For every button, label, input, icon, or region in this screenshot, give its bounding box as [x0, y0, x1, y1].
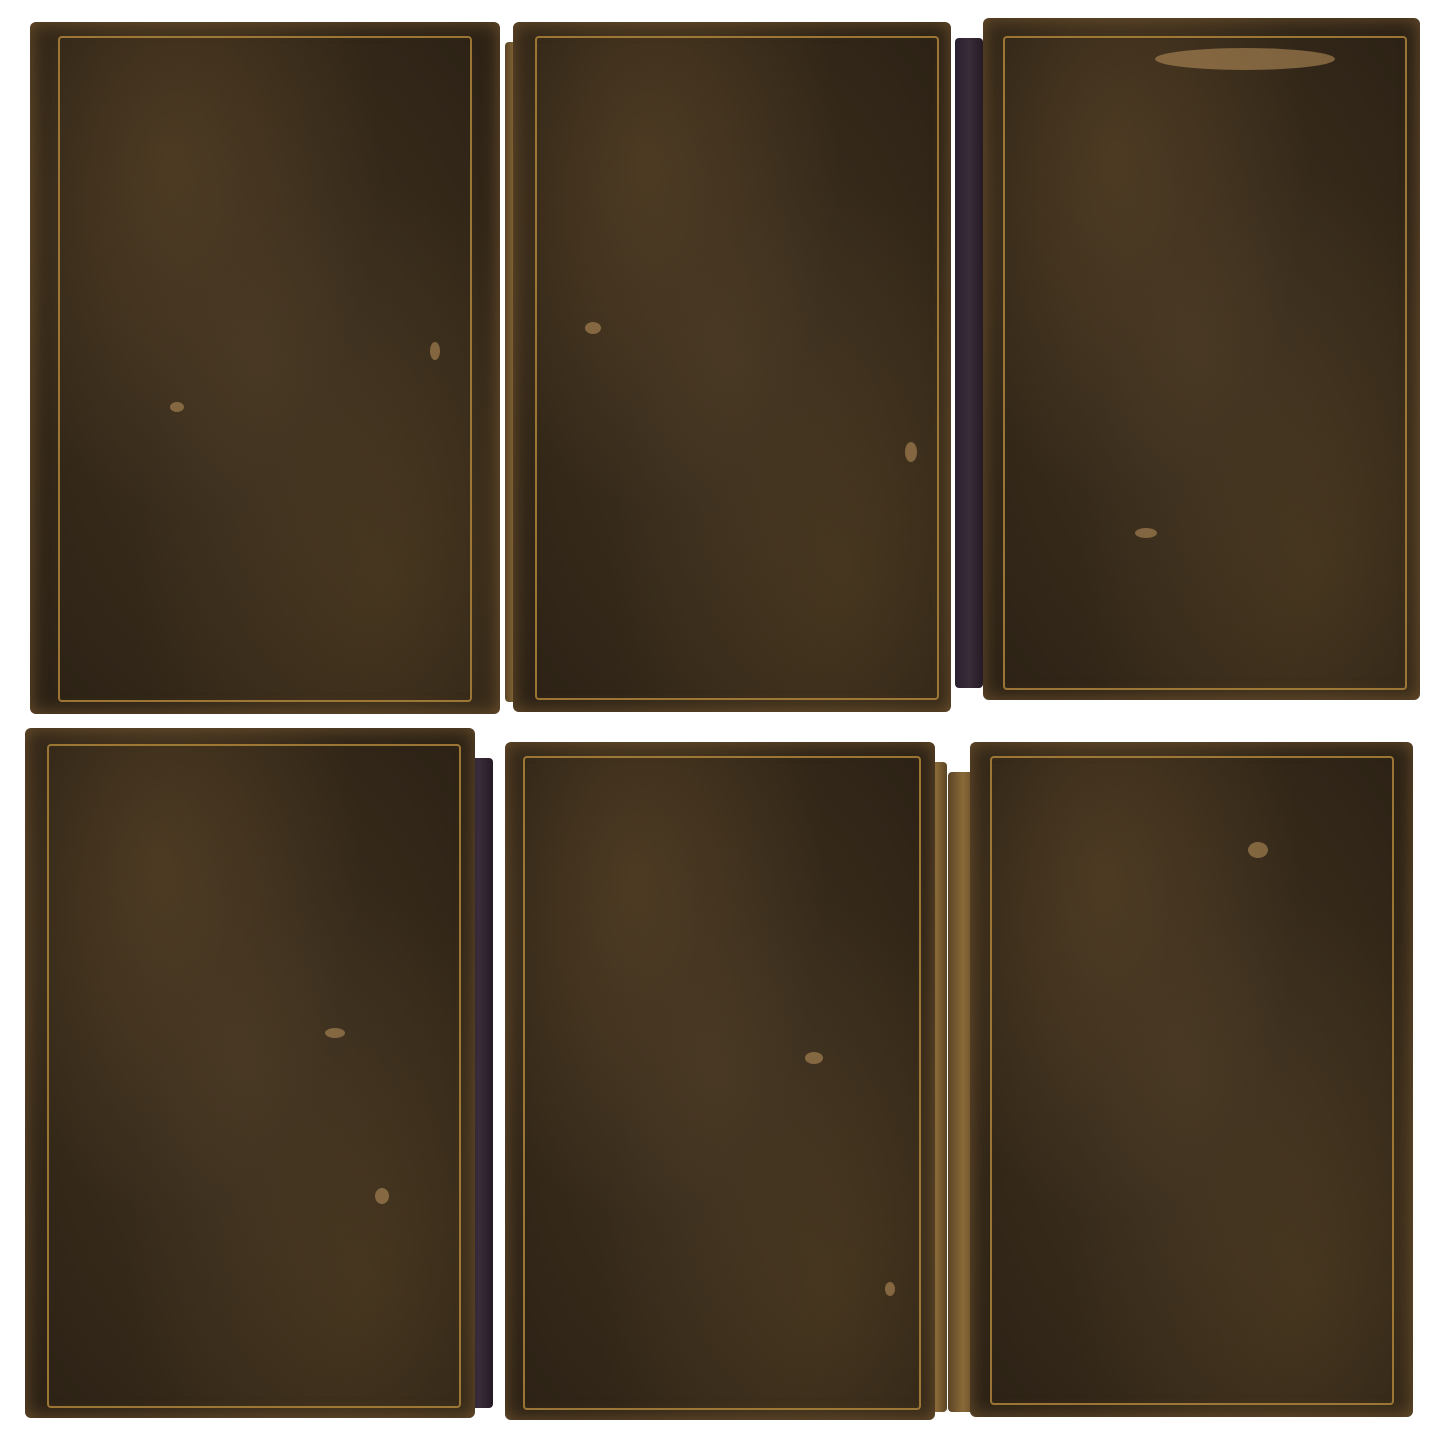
- book-bottom-center: [505, 742, 947, 1420]
- gilt-border: [47, 744, 461, 1408]
- gilt-border: [1003, 36, 1407, 690]
- gilt-border: [990, 756, 1394, 1405]
- wear-mark: [1155, 48, 1335, 70]
- wear-mark: [805, 1052, 823, 1064]
- wear-mark: [430, 342, 440, 360]
- wear-mark: [325, 1028, 345, 1038]
- book-top-left: [30, 22, 495, 714]
- book-top-right: [955, 18, 1420, 700]
- gilt-border: [58, 36, 472, 702]
- wear-mark: [1248, 842, 1268, 858]
- wear-mark: [885, 1282, 895, 1296]
- gilt-border: [535, 36, 939, 700]
- book-bottom-left: [25, 728, 493, 1418]
- book-top-center: [505, 22, 950, 712]
- wear-mark: [585, 322, 601, 334]
- wear-mark: [1135, 528, 1157, 538]
- wear-mark: [170, 402, 184, 412]
- wear-mark: [905, 442, 917, 462]
- book-bottom-right: [948, 742, 1413, 1417]
- wear-mark: [375, 1188, 389, 1204]
- book-spine: [955, 38, 983, 688]
- gilt-border: [523, 756, 921, 1410]
